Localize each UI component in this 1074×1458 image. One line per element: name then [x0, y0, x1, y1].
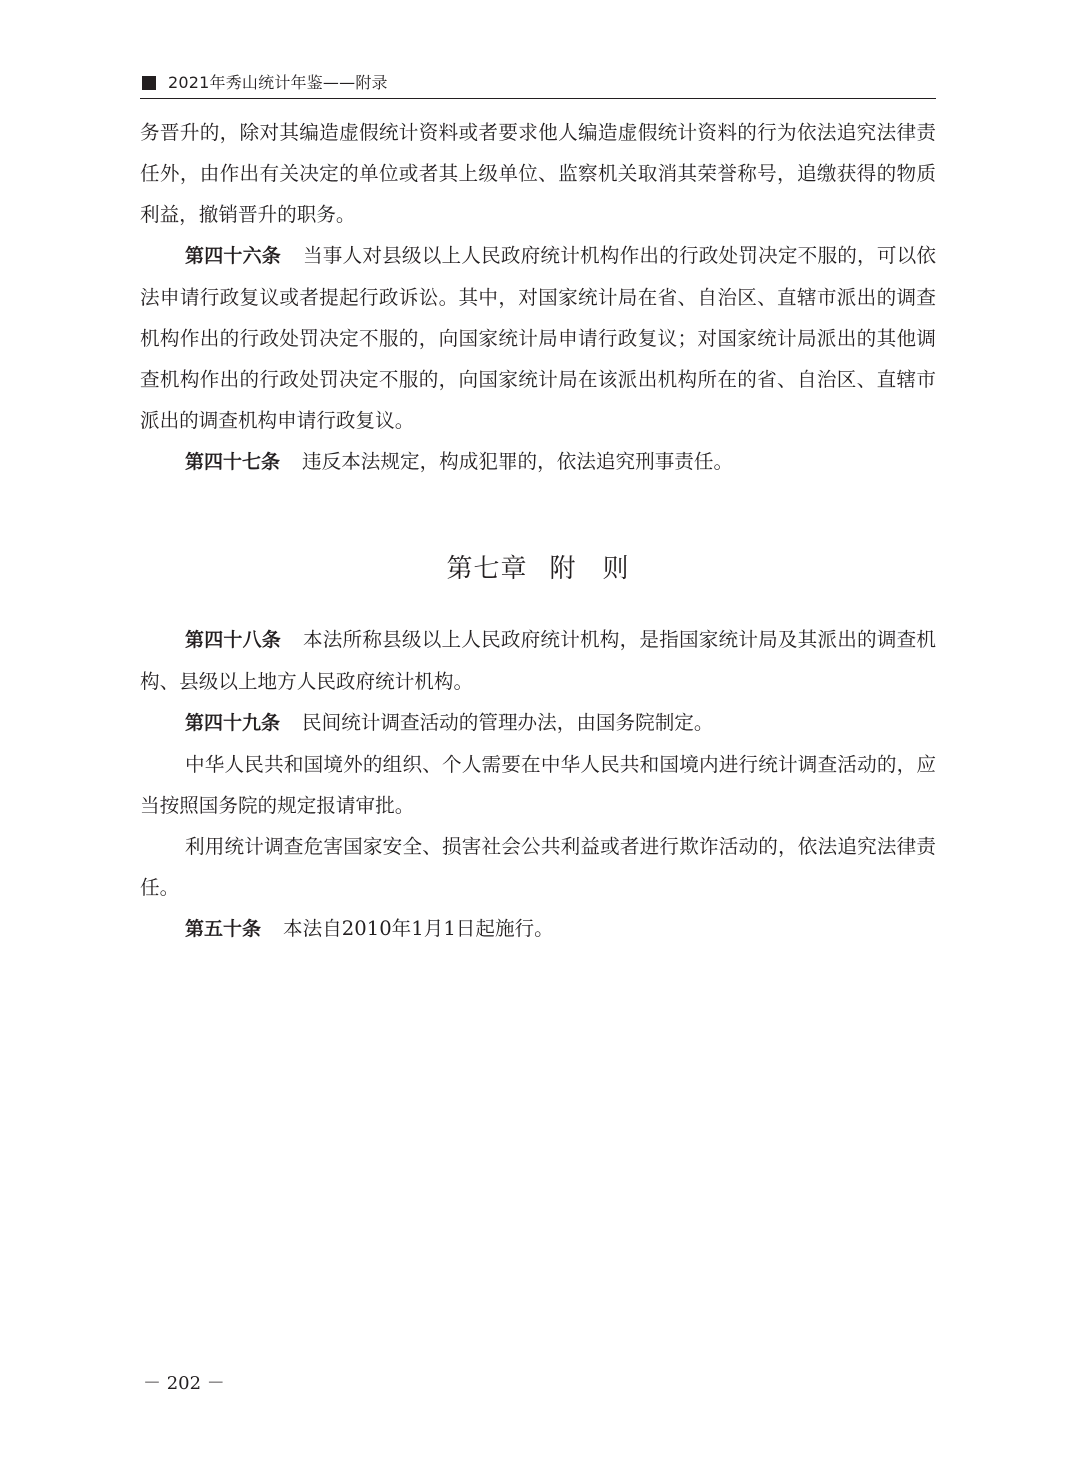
article-text: 民间统计调查活动的管理办法，由国务院制定。: [302, 711, 713, 734]
article-49-paragraph-3: 利用统计调查危害国家安全、损害社会公共利益或者进行欺诈活动的，依法追究法律责任。: [140, 826, 936, 908]
continuation-paragraph: 务晋升的，除对其编造虚假统计资料或者要求他人编造虚假统计资料的行为依法追究法律责…: [140, 112, 936, 235]
article-49: 第四十九条民间统计调查活动的管理办法，由国务院制定。: [140, 702, 936, 744]
header-title: 2021年秀山统计年鉴——附录: [168, 72, 388, 94]
article-label: 第五十条: [185, 918, 261, 940]
article-49-paragraph-2: 中华人民共和国境外的组织、个人需要在中华人民共和国境内进行统计调查活动的，应当按…: [140, 744, 936, 826]
article-label: 第四十七条: [185, 451, 280, 473]
chapter-number: 第七章: [446, 554, 527, 584]
running-header: 2021年秀山统计年鉴——附录: [140, 72, 936, 99]
page-number: － 202 －: [143, 1372, 225, 1396]
article-label: 第四十六条: [185, 245, 281, 267]
chapter-title-char: 则: [603, 554, 630, 584]
article-text: 本法自2010年1月1日起施行。: [283, 917, 554, 940]
article-label: 第四十八条: [185, 629, 281, 651]
article-47: 第四十七条违反本法规定，构成犯罪的，依法追究刑事责任。: [140, 441, 936, 483]
article-label: 第四十九条: [185, 712, 280, 734]
chapter-title-char: 附: [549, 554, 576, 584]
article-48: 第四十八条本法所称县级以上人民政府统计机构，是指国家统计局及其派出的调查机构、县…: [140, 619, 936, 702]
article-text: 当事人对县级以上人民政府统计机构作出的行政处罚决定不服的，可以依法申请行政复议或…: [140, 244, 936, 432]
square-marker-icon: [142, 76, 156, 90]
article-50: 第五十条本法自2010年1月1日起施行。: [140, 908, 936, 950]
page-body: 务晋升的，除对其编造虚假统计资料或者要求他人编造虚假统计资料的行为依法追究法律责…: [140, 112, 936, 950]
article-46: 第四十六条当事人对县级以上人民政府统计机构作出的行政处罚决定不服的，可以依法申请…: [140, 235, 936, 441]
article-text: 违反本法规定，构成犯罪的，依法追究刑事责任。: [302, 450, 733, 473]
chapter-heading: 第七章附则: [140, 549, 936, 589]
